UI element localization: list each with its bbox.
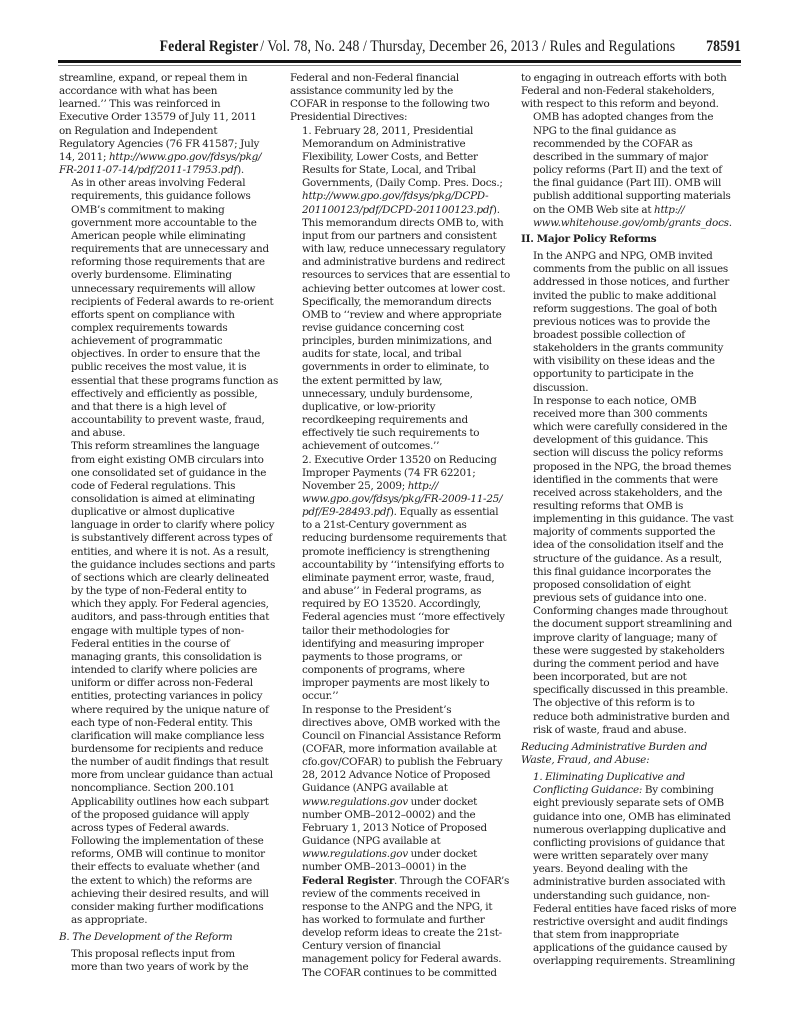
subsection-heading: Reducing Administrative Burden andWaste,… xyxy=(521,741,743,767)
text-line: specifically discussed in this preamble. xyxy=(521,684,743,697)
text-line: broadest possible collection of xyxy=(521,329,743,342)
text-line: components of programs, where xyxy=(290,664,512,677)
text-line: directives above, OMB worked with the xyxy=(290,717,512,730)
text-line: 28, 2012 Advance Notice of Proposed xyxy=(290,769,512,782)
subsection-heading: B. The Development of the Reform xyxy=(59,931,281,944)
text-line: occur.’’ xyxy=(290,690,512,703)
text-line: recipients of Federal awards to re-orien… xyxy=(59,296,281,309)
text-line: majority of comments supported the xyxy=(521,526,743,539)
text-line: Flexibility, Lower Costs, and Better xyxy=(290,151,512,164)
paragraph: streamline, expand, or repeal them inacc… xyxy=(59,72,281,177)
text-line: governments in order to eliminate, to xyxy=(290,361,512,374)
text-line: cfo.gov/COFAR) to publish the February xyxy=(290,756,512,769)
text-line: Federal Register. Through the COFAR’s xyxy=(290,875,512,888)
text-line: tailor their methodologies for xyxy=(290,625,512,638)
text-line: duplicative or almost duplicative xyxy=(59,506,281,519)
text-line: duplicative, or low-priority xyxy=(290,401,512,414)
text-line: on Regulation and Independent xyxy=(59,125,281,138)
text-line: Federal and non-Federal financial xyxy=(290,72,512,85)
text-line: 201100123/pdf/DCPD-201100123.pdf). xyxy=(290,204,512,217)
text-line: eight previously separate sets of OMB xyxy=(521,797,743,810)
text-line: Improper Payments (74 FR 62201; xyxy=(290,467,512,480)
text-line: managing grants, this consolidation is xyxy=(59,651,281,664)
text-line: policy reforms (Part II) and the text of xyxy=(521,164,743,177)
text-line: reduce both administrative burden and xyxy=(521,711,743,724)
paragraph: In the ANPG and NPG, OMB invitedcomments… xyxy=(521,250,743,395)
text-line: overly burdensome. Eliminating xyxy=(59,269,281,282)
text-line: development of this guidance. This xyxy=(521,434,743,447)
text-line: assistance community led by the xyxy=(290,85,512,98)
text-line: the number of audit findings that result xyxy=(59,756,281,769)
text-line: (COFAR, more information available at xyxy=(290,743,512,756)
text-line: Results for State, Local, and Tribal xyxy=(290,164,512,177)
text-line: achieving their desired results, and wil… xyxy=(59,888,281,901)
text-line: government more accountable to the xyxy=(59,217,281,230)
text-line: reforming those requirements that are xyxy=(59,256,281,269)
text-line: more from unclear guidance than actual xyxy=(59,769,281,782)
paragraph: 1. Eliminating Duplicative andConflictin… xyxy=(521,771,743,968)
text-line: reducing burdensome requirements that xyxy=(290,532,512,545)
text-line: by the type of non-Federal entity to xyxy=(59,585,281,598)
text-line: achievement of programmatic xyxy=(59,335,281,348)
text-line: 1. February 28, 2011, Presidential xyxy=(290,125,512,138)
text-line: language in order to clarify where polic… xyxy=(59,519,281,532)
text-line: The objective of this reform is to xyxy=(521,697,743,710)
text-line: intended to clarify where policies are xyxy=(59,664,281,677)
text-line: audits for state, local, and tribal xyxy=(290,348,512,361)
text-line: required by EO 13520. Accordingly, xyxy=(290,598,512,611)
text-line: each type of non-Federal entity. This xyxy=(59,717,281,730)
text-line: their effects to evaluate whether (and xyxy=(59,861,281,874)
text-line: received across stakeholders, and the xyxy=(521,487,743,500)
text-line: Regulatory Agencies (76 FR 41587; July xyxy=(59,138,281,151)
text-line: from eight existing OMB circulars into xyxy=(59,454,281,467)
text-line: reforms, OMB will continue to monitor xyxy=(59,848,281,861)
text-line: management policy for Federal awards. xyxy=(290,953,512,966)
text-line: with respect to this reform and beyond. xyxy=(521,98,743,111)
text-line: to a 21st-Century government as xyxy=(290,519,512,532)
text-line: is substantively different across types … xyxy=(59,532,281,545)
text-line: reform suggestions. The goal of both xyxy=(521,303,743,316)
text-line: understanding such guidance, non- xyxy=(521,890,743,903)
text-line: OMB’s commitment to making xyxy=(59,204,281,217)
text-line: www.regulations.gov under docket xyxy=(290,796,512,809)
text-line: Following the implementation of these xyxy=(59,835,281,848)
text-line: Federal and non-Federal stakeholders, xyxy=(521,85,743,98)
text-line: the extent permitted by law, xyxy=(290,375,512,388)
text-line: entities, and where it is not. As a resu… xyxy=(59,546,281,559)
text-line: public receives the most value, it is xyxy=(59,361,281,374)
text-line: burdensome for recipients and reduce xyxy=(59,743,281,756)
text-line: Federal agencies must ‘‘more effectively xyxy=(290,611,512,624)
text-line: received more than 300 comments xyxy=(521,408,743,421)
page-number: 78591 xyxy=(706,36,741,58)
paragraph: In response to the President’sdirectives… xyxy=(290,704,512,980)
text-line: with law, reduce unnecessary regulatory xyxy=(290,243,512,256)
text-line: overlapping requirements. Streamlining xyxy=(521,955,743,968)
text-line: OMB to ‘‘review and where appropriate xyxy=(290,309,512,322)
text-line: more than two years of work by the xyxy=(59,961,281,974)
text-line: were written separately over many xyxy=(521,850,743,863)
text-line: number OMB–2013–0001) in the xyxy=(290,861,512,874)
text-line: This memorandum directs OMB to, with xyxy=(290,217,512,230)
text-line: www.gpo.gov/fdsys/pkg/FR-2009-11-25/ xyxy=(290,493,512,506)
text-line: Conflicting Guidance: By combining xyxy=(521,784,743,797)
text-column-1: streamline, expand, or repeal them inacc… xyxy=(59,72,281,975)
text-line: structure of the guidance. As a result, xyxy=(521,553,743,566)
text-line: In response to each notice, OMB xyxy=(521,395,743,408)
text-line: Presidential Directives: xyxy=(290,111,512,124)
text-line: COFAR in response to the following two xyxy=(290,98,512,111)
text-line: years. Beyond dealing with the xyxy=(521,863,743,876)
text-line: review of the comments received in xyxy=(290,888,512,901)
paragraph: As in other areas involving Federalrequi… xyxy=(59,177,281,440)
section-heading: II. Major Policy Reforms xyxy=(521,233,743,246)
text-line: Applicability outlines how each subpart xyxy=(59,796,281,809)
text-line: previous sets of guidance into one. xyxy=(521,592,743,605)
text-line: FR-2011-07-14/pdf/2011-17953.pdf). xyxy=(59,164,281,177)
header-rule-thin xyxy=(58,65,741,66)
text-line: Guidance (NPG available at xyxy=(290,835,512,848)
paragraph: to engaging in outreach efforts with bot… xyxy=(521,72,743,111)
text-line: Guidance (ANPG available at xyxy=(290,782,512,795)
text-line: Council on Financial Assistance Reform xyxy=(290,730,512,743)
text-line: This proposal reflects input from xyxy=(59,948,281,961)
text-line: essential that these programs function a… xyxy=(59,375,281,388)
text-line: response to the ANPG and the NPG, it xyxy=(290,901,512,914)
text-line: proposed consolidation of eight xyxy=(521,579,743,592)
text-line: on the OMB Web site at http:// xyxy=(521,204,743,217)
text-line: discussion. xyxy=(521,382,743,395)
running-header: Federal Register / Vol. 78, No. 248 / Th… xyxy=(154,36,741,58)
text-line: restrictive oversight and audit findings xyxy=(521,916,743,929)
text-line: 1. Eliminating Duplicative and xyxy=(521,771,743,784)
text-line: implementing in this guidance. The vast xyxy=(521,513,743,526)
header-rule-thick xyxy=(58,60,741,63)
text-line: recordkeeping requirements and xyxy=(290,414,512,427)
text-line: effectively tie such requirements to xyxy=(290,427,512,440)
paragraph: 1. February 28, 2011, PresidentialMemora… xyxy=(290,125,512,454)
text-line: applications of the guidance caused by xyxy=(521,942,743,955)
text-line: promote inefficiency is strengthening xyxy=(290,546,512,559)
paragraph: Federal and non-Federal financialassista… xyxy=(290,72,512,125)
paragraph: 2. Executive Order 13520 on ReducingImpr… xyxy=(290,454,512,704)
text-line: and administrative burdens and redirect xyxy=(290,256,512,269)
text-line: Memorandum on Administrative xyxy=(290,138,512,151)
text-line: unnecessary, unduly burdensome, xyxy=(290,388,512,401)
text-line: As in other areas involving Federal xyxy=(59,177,281,190)
paragraph: In response to each notice, OMBreceived … xyxy=(521,395,743,698)
text-line: Century version of financial xyxy=(290,940,512,953)
text-line: previous notices was to provide the xyxy=(521,316,743,329)
text-line: uniform or differ across non-Federal xyxy=(59,677,281,690)
text-line: Specifically, the memorandum directs xyxy=(290,296,512,309)
text-line: risk of waste, fraud and abuse. xyxy=(521,724,743,737)
text-line: achievement of outcomes.’’ xyxy=(290,440,512,453)
text-line: and abuse. xyxy=(59,427,281,440)
text-line: February 1, 2013 Notice of Proposed xyxy=(290,822,512,835)
text-line: resulting reforms that OMB is xyxy=(521,500,743,513)
text-line: this final guidance incorporates the xyxy=(521,566,743,579)
text-line: resources to services that are essential… xyxy=(290,269,512,282)
text-line: www.whitehouse.gov/omb/grants_docs. xyxy=(521,217,743,230)
paragraph: The objective of this reform is toreduce… xyxy=(521,697,743,736)
text-line: revise guidance concerning cost xyxy=(290,322,512,335)
text-line: comments from the public on all issues xyxy=(521,263,743,276)
text-line: develop reform ideas to create the 21st- xyxy=(290,927,512,940)
text-line: The COFAR continues to be committed xyxy=(290,967,512,980)
text-line: November 25, 2009; http:// xyxy=(290,480,512,493)
text-line: to engaging in outreach efforts with bot… xyxy=(521,72,743,85)
text-line: http://www.gpo.gov/fdsys/pkg/DCPD- xyxy=(290,190,512,203)
text-line: improper payments are most likely to xyxy=(290,677,512,690)
text-line: achieving better outcomes at lower cost. xyxy=(290,283,512,296)
text-line: administrative burden associated with xyxy=(521,876,743,889)
text-line: opportunity to participate in the xyxy=(521,368,743,381)
text-line: that stem from inappropriate xyxy=(521,929,743,942)
text-line: Federal entities have faced risks of mor… xyxy=(521,903,743,916)
text-line: principles, burden minimizations, and xyxy=(290,335,512,348)
text-line: Governments, (Daily Comp. Pres. Docs.; xyxy=(290,177,512,190)
text-line: 2. Executive Order 13520 on Reducing xyxy=(290,454,512,467)
text-line: these were suggested by stakeholders xyxy=(521,645,743,658)
text-column-3: to engaging in outreach efforts with bot… xyxy=(521,72,743,968)
text-line: of the proposed guidance will apply xyxy=(59,809,281,822)
text-line: input from our partners and consistent xyxy=(290,230,512,243)
text-line: engage with multiple types of non- xyxy=(59,625,281,638)
text-line: 14, 2011; http://www.gpo.gov/fdsys/pkg/ xyxy=(59,151,281,164)
text-line: where required by the unique nature of xyxy=(59,704,281,717)
text-line: numerous overlapping duplicative and xyxy=(521,824,743,837)
text-line: This reform streamlines the language xyxy=(59,440,281,453)
text-line: In the ANPG and NPG, OMB invited xyxy=(521,250,743,263)
text-line: guidance into one, OMB has eliminated xyxy=(521,811,743,824)
text-line: accountability to prevent waste, fraud, xyxy=(59,414,281,427)
text-line: one consolidated set of guidance in the xyxy=(59,467,281,480)
text-line: accountability by ‘‘intensifying efforts… xyxy=(290,559,512,572)
text-line: the final guidance (Part III). OMB will xyxy=(521,177,743,190)
text-line: noncompliance. Section 200.101 xyxy=(59,782,281,795)
text-line: NPG to the final guidance as xyxy=(521,125,743,138)
paragraph: This reform streamlines the languagefrom… xyxy=(59,440,281,927)
text-line: pdf/E9-28493.pdf). Equally as essential xyxy=(290,506,512,519)
text-line: American people while eliminating xyxy=(59,230,281,243)
text-line: streamline, expand, or repeal them in xyxy=(59,72,281,85)
publication-name: Federal Register xyxy=(160,36,259,58)
text-line: section will discuss the policy reforms xyxy=(521,447,743,460)
text-line: In response to the President’s xyxy=(290,704,512,717)
text-line: idea of the consolidation itself and the xyxy=(521,539,743,552)
text-line: which they apply. For Federal agencies, xyxy=(59,598,281,611)
text-line: improve clarity of language; many of xyxy=(521,632,743,645)
text-line: stakeholders in the grants community xyxy=(521,342,743,355)
text-line: entities, protecting variances in policy xyxy=(59,690,281,703)
text-line: across types of Federal awards. xyxy=(59,822,281,835)
text-line: been incorporated, but are not xyxy=(521,671,743,684)
text-line: complex requirements towards xyxy=(59,322,281,335)
text-line: eliminate payment error, waste, fraud, xyxy=(290,572,512,585)
text-line: as appropriate. xyxy=(59,914,281,927)
text-line: described in the summary of major xyxy=(521,151,743,164)
issue-info: / Vol. 78, No. 248 / Thursday, December … xyxy=(260,36,675,58)
text-line: publish additional supporting materials xyxy=(521,190,743,203)
text-line: the document support streamlining and xyxy=(521,618,743,631)
text-line: OMB has adopted changes from the xyxy=(521,111,743,124)
text-line: clarification will make compliance less xyxy=(59,730,281,743)
text-line: payments to those programs, or xyxy=(290,651,512,664)
text-line: accordance with what has been xyxy=(59,85,281,98)
text-line: and that there is a high level of xyxy=(59,401,281,414)
text-line: requirements that are unnecessary and xyxy=(59,243,281,256)
text-line: and abuse’’ in Federal programs, as xyxy=(290,585,512,598)
text-line: Federal entities in the course of xyxy=(59,638,281,651)
text-line: proposed in the NPG, the broad themes xyxy=(521,461,743,474)
text-line: efforts spent on compliance with xyxy=(59,309,281,322)
text-line: the extent to which) the reforms are xyxy=(59,875,281,888)
text-line: invited the public to make additional xyxy=(521,290,743,303)
text-line: consider making further modifications xyxy=(59,901,281,914)
text-line: auditors, and pass-through entities that xyxy=(59,611,281,624)
text-line: conflicting provisions of guidance that xyxy=(521,837,743,850)
text-line: www.regulations.gov under docket xyxy=(290,848,512,861)
text-line: the guidance includes sections and parts xyxy=(59,559,281,572)
text-line: effectively and efficiently as possible, xyxy=(59,388,281,401)
text-line: during the comment period and have xyxy=(521,658,743,671)
text-line: identifying and measuring improper xyxy=(290,638,512,651)
paragraph: This proposal reflects input frommore th… xyxy=(59,948,281,974)
text-line: with visibility on these ideas and the xyxy=(521,355,743,368)
text-line: has worked to formulate and further xyxy=(290,914,512,927)
text-column-2: Federal and non-Federal financialassista… xyxy=(290,72,512,980)
text-line: which were carefully considered in the xyxy=(521,421,743,434)
text-line: recommended by the COFAR as xyxy=(521,138,743,151)
text-line: Executive Order 13579 of July 11, 2011 xyxy=(59,111,281,124)
paragraph: OMB has adopted changes from theNPG to t… xyxy=(521,111,743,229)
text-line: consolidation is aimed at eliminating xyxy=(59,493,281,506)
text-line: number OMB–2012–0002) and the xyxy=(290,809,512,822)
text-line: code of Federal regulations. This xyxy=(59,480,281,493)
text-line: learned.’’ This was reinforced in xyxy=(59,98,281,111)
text-line: of sections which are clearly delineated xyxy=(59,572,281,585)
text-line: objectives. In order to ensure that the xyxy=(59,348,281,361)
text-line: addressed in those notices, and further xyxy=(521,276,743,289)
text-line: unnecessary requirements will allow xyxy=(59,283,281,296)
text-line: requirements, this guidance follows xyxy=(59,190,281,203)
text-line: Conforming changes made throughout xyxy=(521,605,743,618)
text-line: identified in the comments that were xyxy=(521,474,743,487)
